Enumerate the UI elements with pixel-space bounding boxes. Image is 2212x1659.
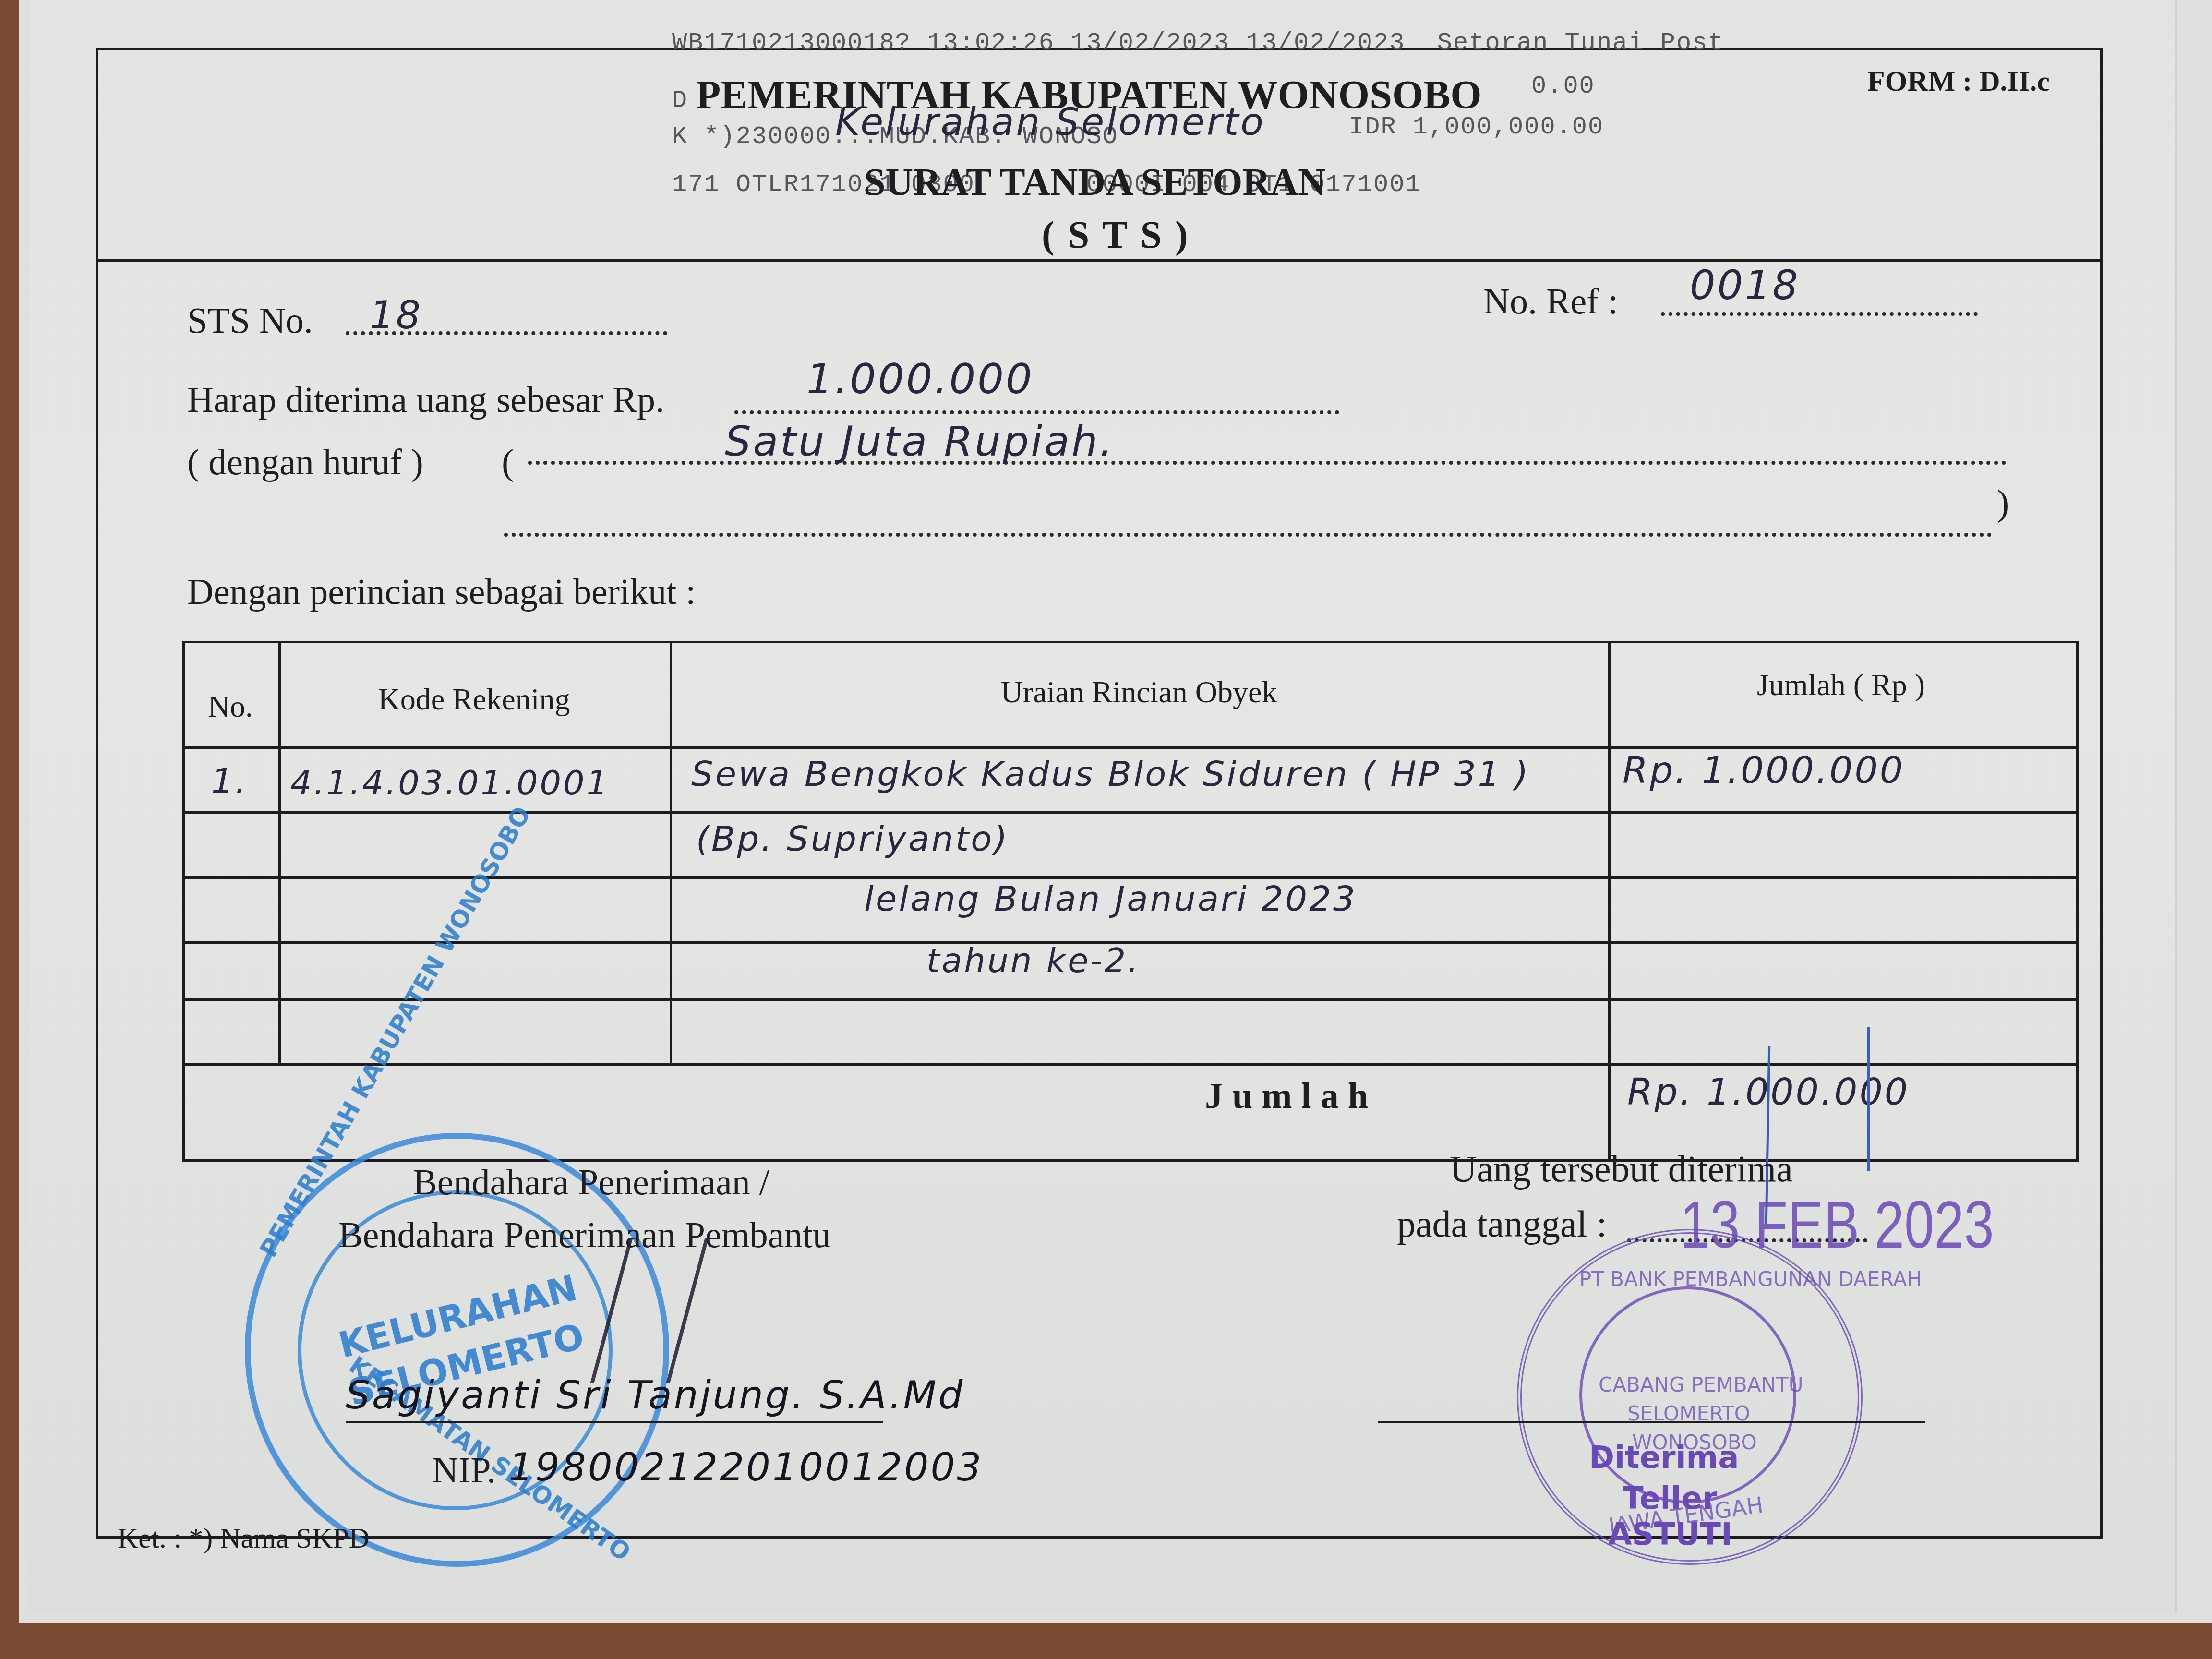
no-ref-value[interactable]: 0018 [1690,262,1800,309]
teller-title: Teller [1623,1481,1717,1516]
header-jumlah: Jumlah ( Rp ) [1608,667,2074,703]
no-ref-line [1661,312,1978,316]
row-1-no: 1. [211,761,248,801]
form-title: SURAT TANDA SETORAN [864,161,1326,204]
validation-print-line2-suffix: 0.00 [1531,72,1595,100]
words-label: ( dengan huruf ) [187,442,423,483]
detail-intro: Dengan perincian sebagai berikut : [187,571,696,613]
form-code: FORM : D.II.c [1867,65,2050,98]
words-close-paren: ) [1997,482,2009,524]
col-divider-uraian [1608,641,1611,1159]
received-line-1: Uang tersebut diterima [1450,1147,1793,1190]
row-3-uraian: lelang Bulan Januari 2023 [864,878,1357,919]
header-uraian: Uraian Rincian Obyek [670,674,1608,710]
row-1-uraian: Sewa Bengkok Kadus Blok Siduren ( HP 31 … [691,754,1530,794]
words-line-2 [504,533,1992,537]
handwritten-unit-name: Kelurahan Selomerto [835,101,1265,144]
nip-value: 198002122010012003 [509,1445,983,1490]
row-divider-4 [182,998,2076,1001]
amount-line [734,410,1339,414]
teller-signature-line [1378,1421,1925,1423]
teller-name: ASTUTI [1608,1517,1732,1552]
row-2-uraian: (Bp. Supriyanto) [696,818,1009,859]
header-kode-rekening: Kode Rekening [278,682,670,717]
treasurer-role-2: Bendahara Penerimaan Pembantu [338,1214,831,1256]
row-1-kode: 4.1.4.03.01.0001 [290,763,610,803]
pen-stroke-2 [1867,1027,1870,1171]
sts-no-value[interactable]: 18 [370,293,422,337]
row-4-uraian: tahun ke-2. [926,941,1140,980]
words-open-paren: ( [502,442,514,483]
row-1-jumlah: Rp. 1.000.000 [1623,749,1905,792]
bank-stamp-outer-text: PT BANK PEMBANGUNAN DAERAH [1579,1267,1922,1291]
form-subtitle: ( S T S ) [1042,214,1190,257]
treasurer-signature-line [346,1421,883,1423]
treasurer-name: Sagiyanti Sri Tanjung. S.A.Md [346,1373,964,1418]
treasurer-role-1: Bendahara Penerimaan / [413,1162,769,1203]
row-divider-5 [182,1063,2076,1066]
validation-print-line1: WB171021300018? 13:02:26 13/02/2023 13/0… [672,29,1724,57]
header-no: No. [182,689,278,724]
no-ref-label: No. Ref : [1483,281,1618,323]
total-label: J u m l a h [1205,1075,1368,1117]
nip-label: NIP. [432,1450,496,1491]
sts-form-paper: WB171021300018? 13:02:26 13/02/2023 13/0… [29,0,2175,1613]
teller-received: Diterima [1589,1440,1739,1476]
words-value[interactable]: Satu Juta Rupiah. [725,418,1115,466]
bank-stamp-center-1: CABANG PEMBANTU [1599,1373,1803,1396]
amount-label: Harap diterima uang sebesar Rp. [187,379,664,421]
received-line-2: pada tanggal : [1397,1202,1607,1246]
footnote: Ket. : *) Nama SKPD [118,1522,370,1555]
amount-value[interactable]: 1.000.000 [806,355,1034,403]
sts-no-label: STS No. [187,300,313,342]
row-divider-1 [182,811,2076,814]
validation-print-line2-prefix: D [672,86,688,115]
